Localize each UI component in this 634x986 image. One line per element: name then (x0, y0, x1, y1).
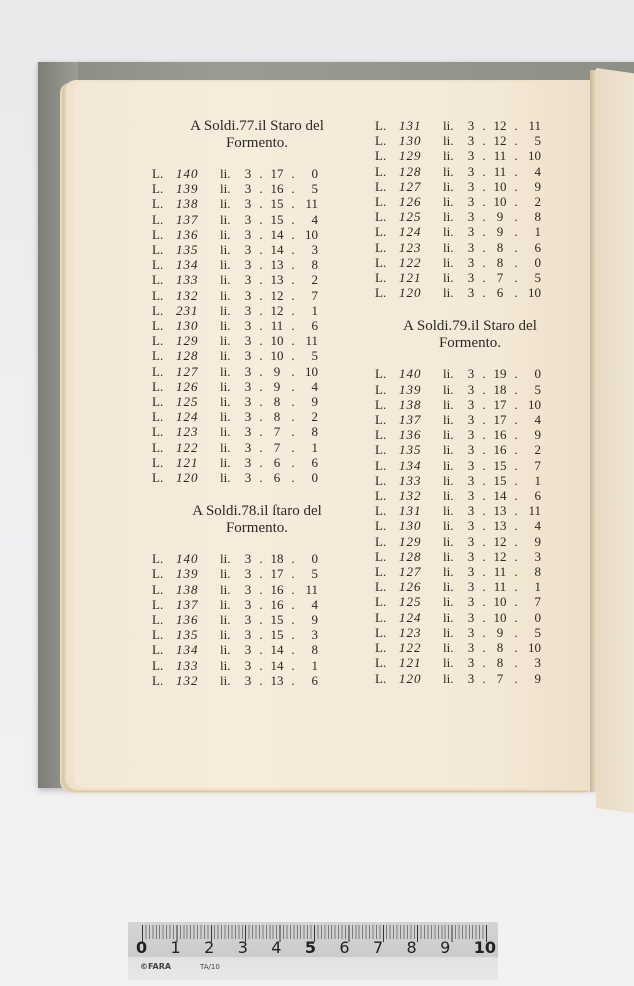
table-row: L.124li.3.9.1 (375, 224, 565, 239)
section-heading-79: A Soldi.79.il Staro del Formento. (375, 318, 565, 352)
table-row: L.135li.3.14.3 (152, 242, 362, 257)
table-row: L.126li.3.9.4 (152, 379, 362, 394)
table-row: L.133li.3.14.1 (152, 658, 362, 673)
table-row: L.127li.3.10.9 (375, 179, 565, 194)
table-row: L.128li.3.12.3 (375, 549, 565, 564)
price-table-78-continued: L.131li.3.12.11L.130li.3.12.5L.129li.3.1… (375, 118, 565, 300)
table-row: L.123li.3.9.5 (375, 625, 565, 640)
table-row: L.125li.3.10.7 (375, 594, 565, 609)
table-row: L.121li.3.7.5 (375, 270, 565, 285)
table-row: L.127li.3.9.10 (152, 364, 362, 379)
table-row: L.139li.3.18.5 (375, 382, 565, 397)
table-row: L.123li.3.8.6 (375, 240, 565, 255)
table-row: L.130li.3.11.6 (152, 318, 362, 333)
table-row: L.129li.3.12.9 (375, 534, 565, 549)
table-row: L.136li.3.16.9 (375, 427, 565, 442)
table-row: L.121li.3.6.6 (152, 455, 362, 470)
section-heading-77: A Soldi.77.il Staro del Formento. (152, 118, 362, 152)
table-row: L.127li.3.11.8 (375, 564, 565, 579)
ruler-brand: ©FARA (140, 962, 171, 971)
table-row: L.123li.3.7.8 (152, 424, 362, 439)
table-row: L.122li.3.8.0 (375, 255, 565, 270)
price-table-78: L.140li.3.18.0L.139li.3.17.5L.138li.3.16… (152, 551, 362, 688)
table-row: L.140li.3.18.0 (152, 551, 362, 566)
table-row: L.136li.3.14.10 (152, 227, 362, 242)
table-row: L.133li.3.13.2 (152, 272, 362, 287)
table-row: L.128li.3.10.5 (152, 348, 362, 363)
price-table-77: L.140li.3.17.0L.139li.3.16.5L.138li.3.15… (152, 166, 362, 485)
table-row: L.137li.3.16.4 (152, 597, 362, 612)
table-row: L.134li.3.14.8 (152, 642, 362, 657)
table-row: L.129li.3.10.11 (152, 333, 362, 348)
left-column: A Soldi.77.il Staro del Formento. L.140l… (152, 118, 362, 688)
table-row: L.120li.3.6.0 (152, 470, 362, 485)
table-row: L.134li.3.13.8 (152, 257, 362, 272)
table-row: L.126li.3.11.1 (375, 579, 565, 594)
right-column: L.131li.3.12.11L.130li.3.12.5L.129li.3.1… (375, 118, 565, 686)
table-row: L.129li.3.11.10 (375, 148, 565, 163)
table-row: L.137li.3.15.4 (152, 212, 362, 227)
table-row: L.135li.3.15.3 (152, 627, 362, 642)
ruler-numbers: 0 1 2 3 4 5 6 7 8 9 10 (136, 938, 496, 958)
table-row: L.132li.3.14.6 (375, 488, 565, 503)
table-row: L.126li.3.10.2 (375, 194, 565, 209)
table-row: L.137li.3.17.4 (375, 412, 565, 427)
table-row: L.138li.3.16.11 (152, 582, 362, 597)
section-heading-78: A Soldi.78.il ſtaro del Formento. (152, 503, 362, 537)
table-row: L.122li.3.7.1 (152, 440, 362, 455)
table-row: L.120li.3.7.9 (375, 671, 565, 686)
table-row: L.130li.3.13.4 (375, 518, 565, 533)
table-row: L.132li.3.13.6 (152, 673, 362, 688)
table-row: L.122li.3.8.10 (375, 640, 565, 655)
table-row: L.140li.3.17.0 (152, 166, 362, 181)
table-row: L.139li.3.17.5 (152, 566, 362, 581)
table-row: L.125li.3.9.8 (375, 209, 565, 224)
table-row: L.140li.3.19.0 (375, 366, 565, 381)
table-row: L.138li.3.15.11 (152, 196, 362, 211)
scale-ruler: 0 1 2 3 4 5 6 7 8 9 10 ©FARA TA/10 (128, 922, 498, 980)
table-row: L.124li.3.10.0 (375, 610, 565, 625)
table-row: L.120li.3.6.10 (375, 285, 565, 300)
table-row: L.131li.3.12.11 (375, 118, 565, 133)
table-row: L.125li.3.8.9 (152, 394, 362, 409)
table-row: L.133li.3.15.1 (375, 473, 565, 488)
table-row: L.121li.3.8.3 (375, 655, 565, 670)
ruler-model: TA/10 (200, 963, 220, 971)
table-row: L.132li.3.12.7 (152, 288, 362, 303)
table-row: L.139li.3.16.5 (152, 181, 362, 196)
table-row: L.130li.3.12.5 (375, 133, 565, 148)
table-row: L.128li.3.11.4 (375, 164, 565, 179)
table-row: L.138li.3.17.10 (375, 397, 565, 412)
facing-page-edge (596, 68, 634, 813)
table-row: L.124li.3.8.2 (152, 409, 362, 424)
table-row: L.136li.3.15.9 (152, 612, 362, 627)
price-table-79: L.140li.3.19.0L.139li.3.18.5L.138li.3.17… (375, 366, 565, 685)
table-row: L.231li.3.12.1 (152, 303, 362, 318)
table-row: L.135li.3.16.2 (375, 442, 565, 457)
table-row: L.134li.3.15.7 (375, 458, 565, 473)
table-row: L.131li.3.13.11 (375, 503, 565, 518)
